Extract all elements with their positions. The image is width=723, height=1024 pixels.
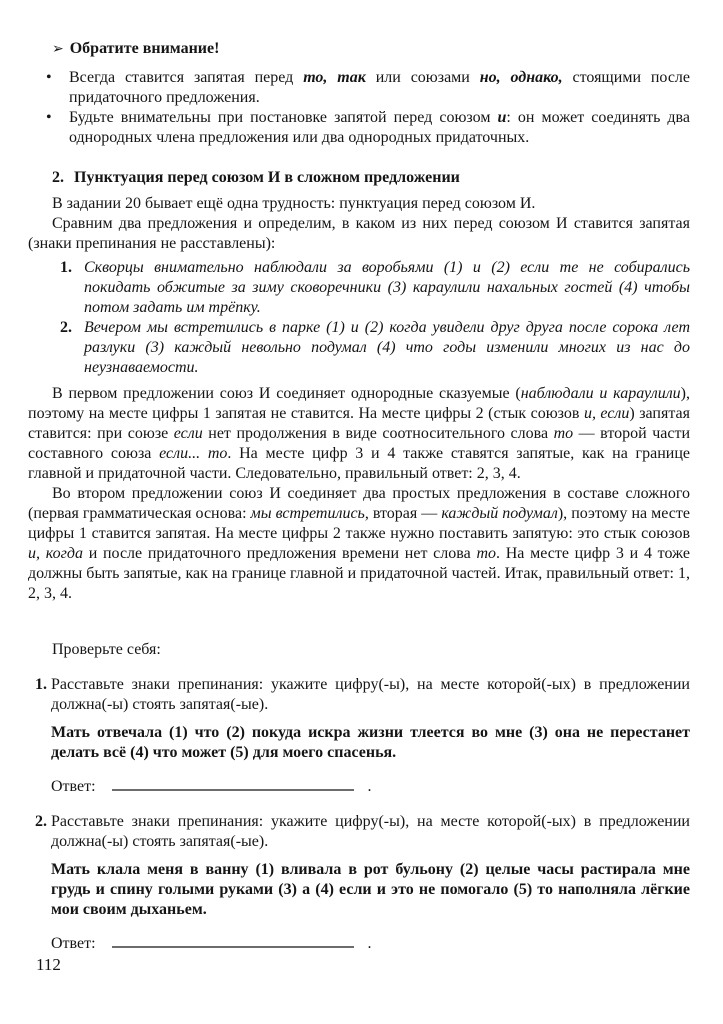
example-sentence-2: 2. Вечером мы встретились в парке (1) и … [28,318,690,378]
notice-block: ➢Обратите внимание! • Всегда ставится за… [28,39,690,148]
example-1-text: Скворцы внимательно наблюдали за воробья… [84,259,690,316]
answer-blank-line [112,932,354,948]
bullet-icon: • [46,108,52,128]
exercise-1-prompt: Расставьте знаки препинания: укажите циф… [51,675,690,715]
exercise-2-prompt: Расставьте знаки препинания: укажите циф… [51,812,690,852]
intro-paragraph-2: Сравним два предложения и определим, в к… [28,214,690,254]
analysis-paragraph-1: В первом предложении союз И соединяет од… [28,384,690,484]
notice-bullet-1: • Всегда ставится запятая перед то, так … [28,68,690,108]
analysis-paragraph-2: Во втором предложении союз И соединяет д… [28,484,690,604]
notice-title-text: Обратите внимание! [70,40,220,57]
exercise-2-sentence: Мать клала меня в ванну (1) вливала в ро… [51,860,690,920]
answer-blank-line [112,775,354,791]
answer-label: Ответ: [51,778,96,795]
example-2-number: 2. [60,318,72,338]
example-1-number: 1. [60,258,72,278]
exercise-2-number: 2. [35,812,47,832]
page-content: ➢Обратите внимание! • Всегда ставится за… [28,39,690,954]
notice-bullet-2-text: Будьте внимательны при постановке запято… [69,109,690,146]
exercise-1: 1. Расставьте знаки препинания: укажите … [28,675,690,797]
intro-paragraph-1: В задании 20 бывает ещё одна трудность: … [28,194,690,214]
bullet-icon: • [46,68,52,88]
example-sentence-1: 1. Скворцы внимательно наблюдали за воро… [28,258,690,318]
check-yourself-label: Проверьте себя: [52,640,690,660]
notice-bullet-2: • Будьте внимательны при постановке запя… [28,108,690,148]
section-heading: 2.Пунктуация перед союзом И в сложном пр… [52,168,690,188]
textbook-page: ➢Обратите внимание! • Всегда ставится за… [0,0,723,1024]
page-number: 112 [36,955,61,975]
exercise-1-sentence: Мать отвечала (1) что (2) покуда искра ж… [51,723,690,763]
answer-suffix: . [368,935,372,952]
exercise-1-number: 1. [35,675,47,695]
section-number: 2. [52,168,74,188]
exercise-1-answer-row: Ответ:. [51,775,690,797]
exercise-2: 2. Расставьте знаки препинания: укажите … [28,812,690,954]
notice-bullet-1-text: Всегда ставится запятая перед то, так ил… [69,69,690,106]
exercise-2-answer-row: Ответ:. [51,932,690,954]
example-sentence-list: 1. Скворцы внимательно наблюдали за воро… [28,258,690,378]
section-title: Пунктуация перед союзом И в сложном пред… [74,169,460,186]
notice-title: ➢Обратите внимание! [52,39,690,59]
answer-label: Ответ: [51,935,96,952]
arrowhead-icon: ➢ [52,41,64,57]
answer-suffix: . [368,778,372,795]
example-2-text: Вечером мы встретились в парке (1) и (2)… [84,319,690,376]
